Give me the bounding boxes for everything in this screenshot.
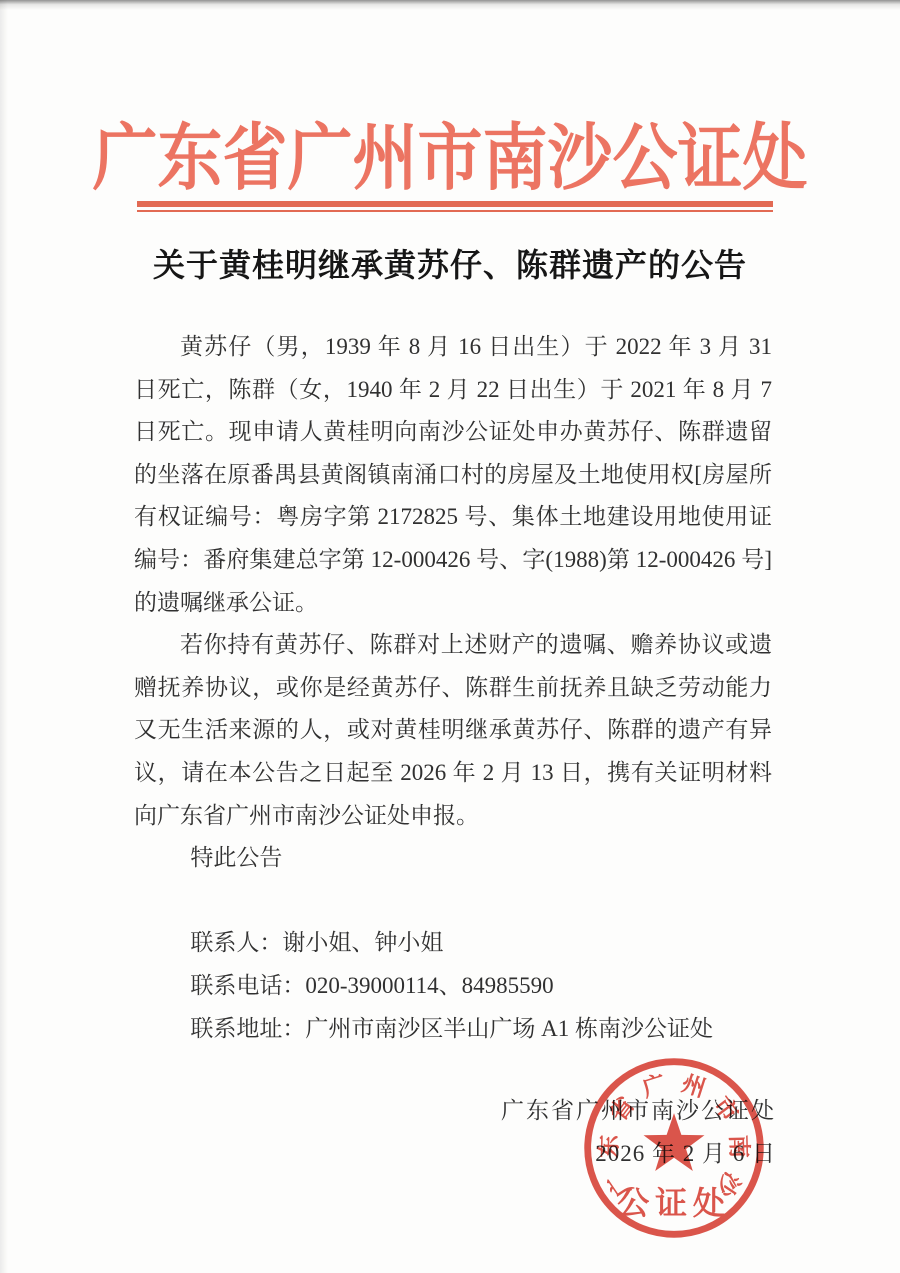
divider-thin-line <box>137 210 773 212</box>
notice-document-page: 广东省广州市南沙公证处 关于黄桂明继承黄苏仔、陈群遗产的公告 黄苏仔（男，193… <box>0 0 900 1273</box>
signature-date: 2026 年 2 月 6 日 <box>501 1132 776 1175</box>
contact-address-line: 联系地址：广州市南沙区半山广场 A1 栋南沙公证处 <box>134 1008 772 1051</box>
notice-body: 黄苏仔（男，1939 年 8 月 16 日出生）于 2022 年 3 月 31 … <box>134 326 772 1050</box>
notice-title: 关于黄桂明继承黄苏仔、陈群遗产的公告 <box>0 240 900 286</box>
body-paragraph: 黄苏仔（男，1939 年 8 月 16 日出生）于 2022 年 3 月 31 … <box>134 326 772 624</box>
signature-block: 广东省广州市南沙公证处 2026 年 2 月 6 日 <box>501 1089 776 1175</box>
signature-org: 广东省广州市南沙公证处 <box>501 1089 776 1132</box>
closing-statement: 特此公告 <box>134 837 772 880</box>
contact-phone-line: 联系电话：020-39000114、84985590 <box>134 965 772 1008</box>
letterhead-divider <box>137 201 773 212</box>
seal-bottom-text: 公证处 <box>617 1185 730 1221</box>
letterhead-title: 广东省广州市南沙公证处 <box>0 99 900 204</box>
contact-person-line: 联系人：谢小姐、钟小姐 <box>134 922 772 965</box>
scan-shadow-top <box>0 0 900 10</box>
divider-thick-line <box>137 201 773 207</box>
body-paragraph: 若你持有黄苏仔、陈群对上述财产的遗嘱、赡养协议或遗赠抚养协议，或你是经黄苏仔、陈… <box>134 624 772 837</box>
contact-block: 联系人：谢小姐、钟小姐 联系电话：020-39000114、84985590 联… <box>134 922 772 1050</box>
